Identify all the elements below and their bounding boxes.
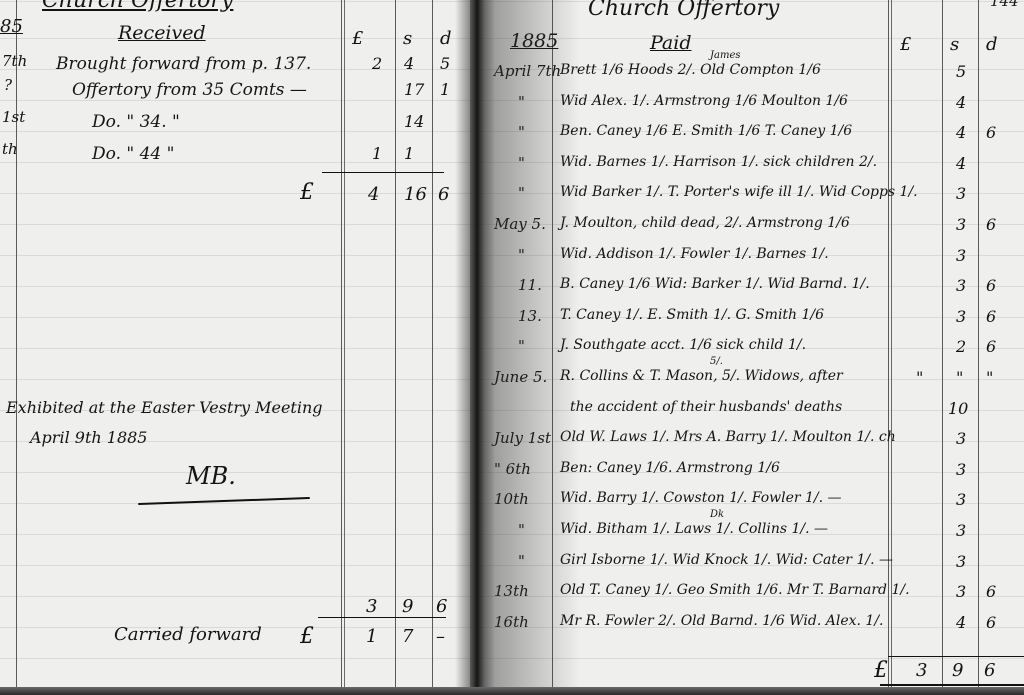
paid-shillings: 4 [956, 154, 966, 173]
paid-pounds: " [916, 368, 923, 387]
total-shillings: 16 [404, 184, 427, 205]
pounds-column-rule [341, 0, 342, 688]
paid-pence: 6 [986, 276, 996, 295]
carried-pounds: 1 [366, 626, 377, 647]
pence-column-rule [432, 0, 433, 688]
paid-pence: 6 [986, 123, 996, 142]
received-shillings: 1 [404, 144, 414, 163]
entry-description: Wid. Barry 1/. Cowston 1/. Fowler 1/. — [560, 490, 842, 506]
paid-shillings: 3 [956, 460, 966, 479]
entry-description: R. Collins & T. Mason, 5/. Widows, after [560, 368, 843, 384]
entry-description: B. Caney 1/6 Wid: Barker 1/. Wid Barnd. … [560, 276, 870, 292]
received-entry-text: Do. " 34. " [92, 112, 180, 132]
pounds-header: £ [900, 34, 911, 55]
paid-shillings: 3 [956, 276, 966, 295]
entry-description: Wid. Barnes 1/. Harrison 1/. sick childr… [560, 154, 877, 170]
carried-rule [318, 617, 446, 618]
paid-pence: " [986, 368, 993, 387]
entry-description: Wid Barker 1/. T. Porter's wife ill 1/. … [560, 184, 918, 200]
paid-shillings: 3 [956, 429, 966, 448]
total-pence: 6 [984, 660, 995, 681]
paid-shillings: 3 [956, 307, 966, 326]
left-page-title: Church Offertory [42, 0, 233, 13]
received-pence: 5 [440, 54, 450, 73]
carried-pence: – [436, 626, 445, 647]
shillings-header: s [403, 28, 412, 49]
received-heading: Received [118, 22, 206, 44]
carried-forward-label: Carried forward [114, 624, 262, 645]
ledger-spread: Church Offertory 85 Received £ s d 7th ?… [0, 0, 1024, 695]
shillings-column-rule [942, 0, 943, 688]
left-page: Church Offertory 85 Received £ s d 7th ?… [0, 0, 470, 688]
paid-shillings: 3 [956, 490, 966, 509]
received-pounds: 2 [372, 54, 382, 73]
entry-description: Wid Alex. 1/. Armstrong 1/6 Moulton 1/6 [560, 93, 848, 109]
total-pence: 6 [438, 184, 449, 205]
margin-rule [16, 0, 17, 688]
total-pound-sign: £ [874, 658, 888, 683]
paid-shillings: 2 [956, 337, 966, 356]
paid-pence: 6 [986, 307, 996, 326]
total-pound-sign: £ [300, 180, 314, 205]
paid-shillings: 10 [948, 399, 968, 418]
subtotal-pence: 6 [436, 596, 447, 617]
paid-shillings: 3 [956, 521, 966, 540]
entry-annotation: James [710, 50, 741, 61]
received-shillings: 14 [404, 112, 424, 131]
paid-shillings: 3 [956, 582, 966, 601]
paid-shillings: 3 [956, 184, 966, 203]
pence-header: d [986, 34, 998, 55]
total-shillings: 9 [952, 660, 963, 681]
margin-mark: th [2, 140, 18, 158]
entry-description: Mr R. Fowler 2/. Old Barnd. 1/6 Wid. Ale… [560, 613, 884, 629]
entry-description: Old W. Laws 1/. Mrs A. Barry 1/. Moulton… [560, 429, 896, 445]
margin-mark: 1st [2, 108, 25, 126]
paid-shillings: 4 [956, 93, 966, 112]
paid-shillings: 5 [956, 62, 966, 81]
paid-shillings: " [956, 368, 963, 387]
received-entry-text: Brought forward from p. 137. [56, 54, 311, 74]
paid-pence: 6 [986, 215, 996, 234]
entry-description: Ben. Caney 1/6 E. Smith 1/6 T. Caney 1/6 [560, 123, 852, 139]
right-page-title: Church Offertory [588, 0, 779, 21]
entry-annotation: Dk [710, 509, 724, 520]
vestry-note-line1: Exhibited at the Easter Vestry Meeting [6, 398, 323, 417]
received-entry-text: Offertory from 35 Comts — [72, 80, 307, 100]
entry-description: Wid. Addison 1/. Fowler 1/. Barnes 1/. [560, 246, 829, 262]
paid-shillings: 3 [956, 215, 966, 234]
signature-flourish [138, 497, 310, 505]
total-rule [888, 656, 1024, 657]
entry-description: Old T. Caney 1/. Geo Smith 1/6. Mr T. Ba… [560, 582, 910, 598]
year-fragment: 85 [0, 16, 23, 37]
pounds-header: £ [352, 28, 363, 49]
paid-shillings: 3 [956, 552, 966, 571]
paid-shillings: 3 [956, 246, 966, 265]
entry-description: Girl Isborne 1/. Wid Knock 1/. Wid: Cate… [560, 552, 893, 568]
vestry-note-line2: April 9th 1885 [30, 428, 147, 447]
total-pounds: 4 [368, 184, 379, 205]
entry-description: T. Caney 1/. E. Smith 1/. G. Smith 1/6 [560, 307, 824, 323]
received-entry-text: Do. " 44 " [92, 144, 174, 164]
paid-pence: 6 [986, 337, 996, 356]
paid-shillings: 4 [956, 613, 966, 632]
carried-shillings: 7 [402, 626, 413, 647]
entry-description: Wid. Bitham 1/. Laws 1/. Collins 1/. — [560, 521, 828, 537]
entry-description: Ben: Caney 1/6. Armstrong 1/6 [560, 460, 780, 476]
margin-mark: ? [4, 76, 12, 94]
paid-shillings: 4 [956, 123, 966, 142]
margin-mark: 7th [2, 52, 27, 70]
received-pence: 1 [440, 80, 450, 99]
shillings-column-rule [395, 0, 396, 688]
pence-header: d [440, 28, 452, 49]
carried-pound-sign: £ [300, 624, 314, 649]
book-gutter [455, 0, 495, 695]
entry-description: J. Moulton, child dead, 2/. Armstrong 1/… [560, 215, 850, 231]
entry-description: the accident of their husbands' deaths [570, 399, 842, 415]
paid-heading: Paid [650, 32, 692, 54]
received-pounds: 1 [372, 144, 382, 163]
shillings-header: s [950, 34, 959, 55]
pence-column-rule [978, 0, 979, 688]
received-shillings: 4 [404, 54, 414, 73]
entry-description: J. Southgate acct. 1/6 sick child 1/. [560, 337, 806, 353]
total-rule [322, 172, 444, 173]
entry-annotation: 5/. [710, 356, 723, 367]
paid-pence: 6 [986, 582, 996, 601]
initials-signature: MB. [186, 462, 236, 490]
subtotal-shillings: 9 [402, 596, 413, 617]
subtotal-pounds: 3 [366, 596, 377, 617]
entry-description: Brett 1/6 Hoods 2/. Old Compton 1/6 [560, 62, 821, 78]
total-pounds: 3 [916, 660, 927, 681]
page-number: 144 [990, 0, 1019, 10]
paid-pence: 6 [986, 613, 996, 632]
received-shillings: 17 [404, 80, 424, 99]
double-total-rule [880, 684, 1024, 686]
page-bottom-edge [0, 687, 1024, 695]
